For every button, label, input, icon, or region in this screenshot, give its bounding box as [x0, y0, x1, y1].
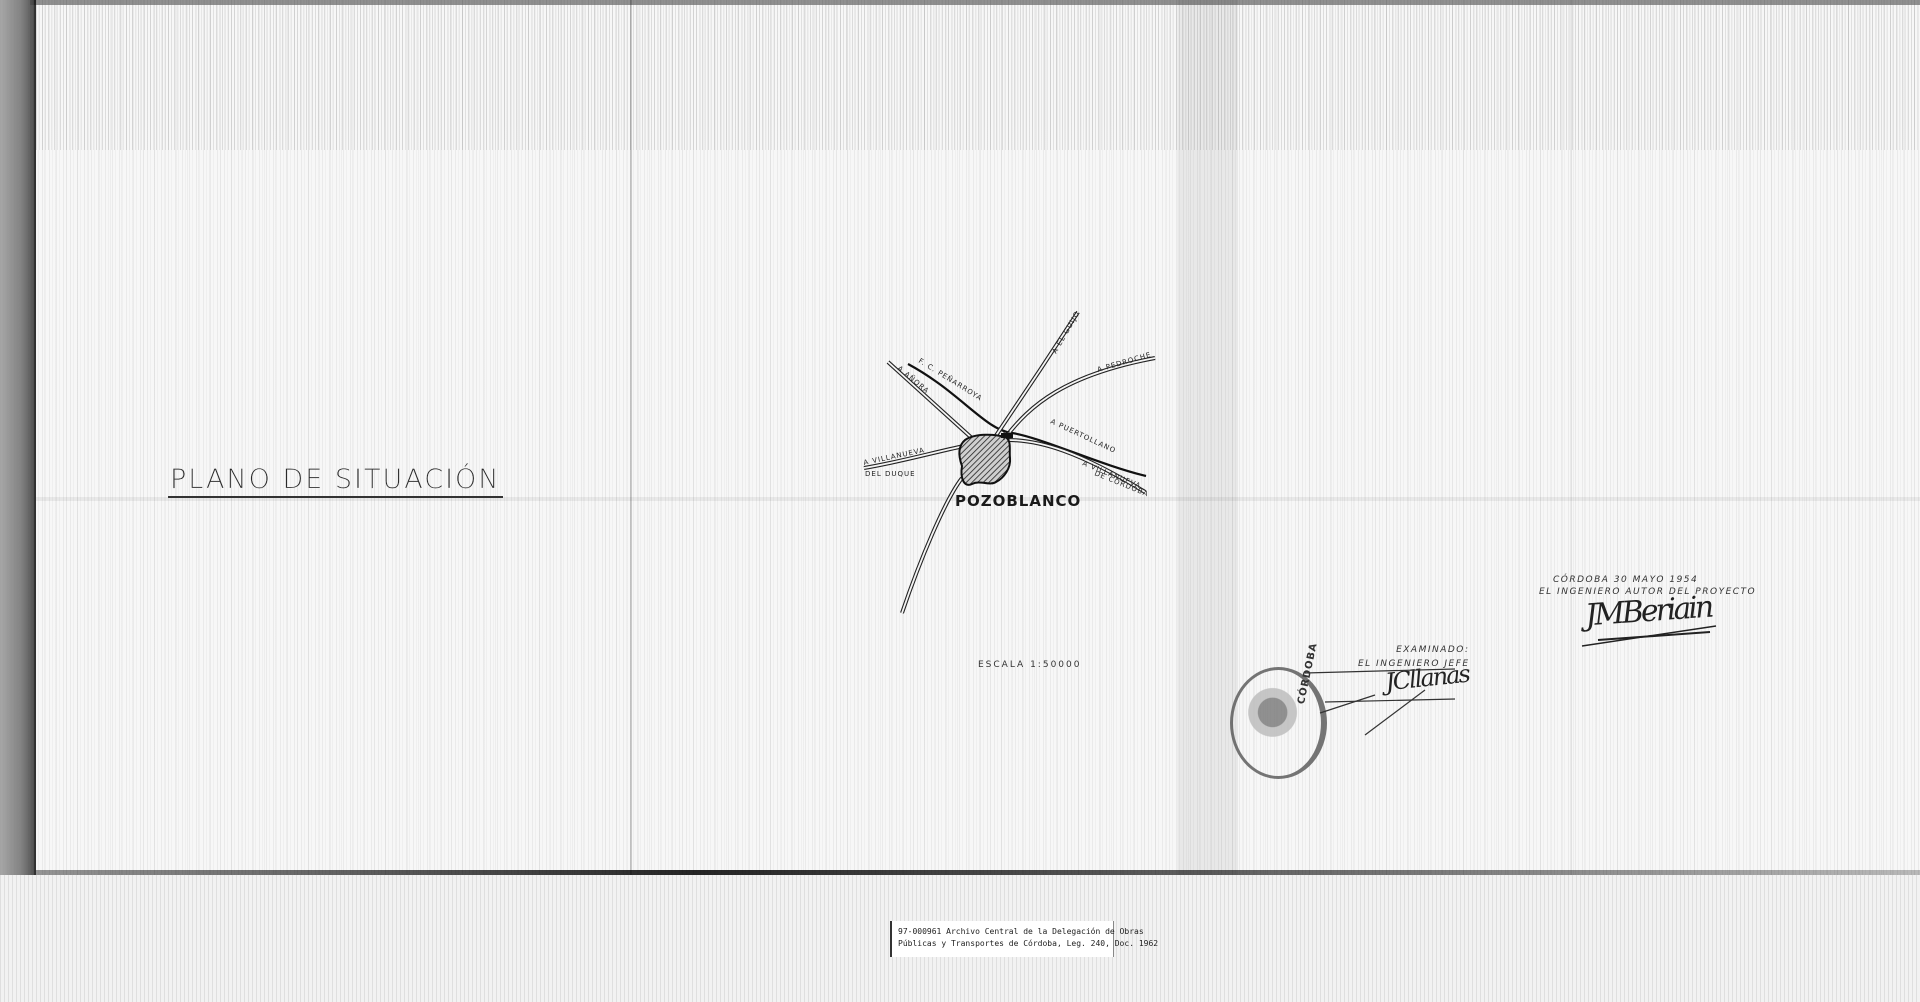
town-area — [959, 435, 1010, 485]
archive-line-1: 97-000961 Archivo Central de la Delegaci… — [898, 926, 1107, 938]
town-name: POZOBLANCO — [955, 492, 1081, 510]
archive-line-2: Públicas y Transportes de Córdoba, Leg. … — [898, 938, 1107, 950]
road-line — [902, 478, 962, 613]
place-date: CÓRDOBA 30 MAYO 1954 — [1553, 575, 1756, 585]
scale-label: ESCALA 1:50000 — [978, 660, 1081, 670]
railway-line — [908, 364, 1146, 476]
location-map: A AÑORA F. C. PEÑARROYA A PUERTOLLANO A … — [0, 0, 1920, 1002]
label-a-el-guijo: A EL GUIJO — [1051, 310, 1082, 355]
signature-underline — [1580, 620, 1720, 650]
road-line-inner — [1005, 358, 1155, 438]
examiner-signature-strokes — [1305, 665, 1465, 740]
label-a-villanueva-del-duque-2: DEL DUQUE — [865, 470, 916, 478]
label-a-pedroche: A PEDROCHE — [1096, 351, 1152, 374]
archive-reference-label: 97-000961 Archivo Central de la Delegaci… — [890, 921, 1114, 957]
examined-status: EXAMINADO: — [1358, 645, 1470, 655]
road-line — [1005, 358, 1155, 438]
